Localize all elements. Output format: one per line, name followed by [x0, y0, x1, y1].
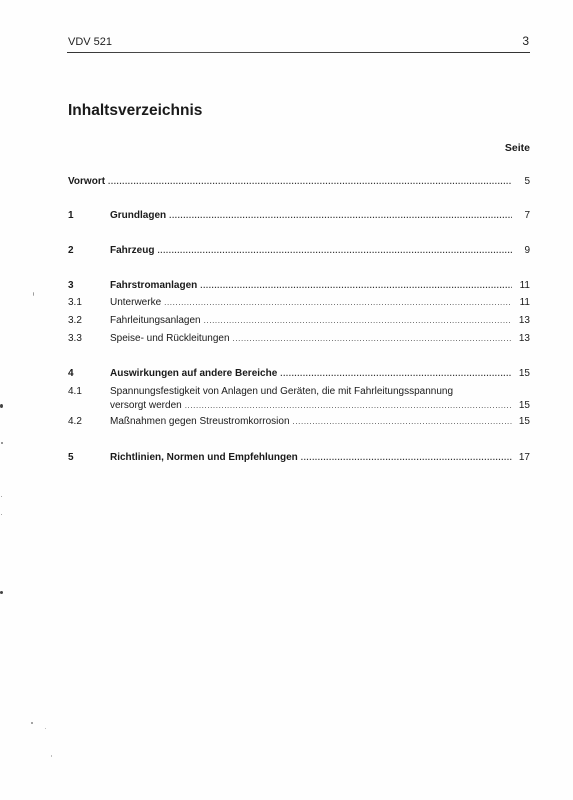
toc-entry-number: 4 — [68, 367, 74, 381]
toc-entry-4[interactable]: 4 Auswirkungen auf andere Bereiche .....… — [68, 367, 530, 381]
toc-entry-page: 17 — [512, 451, 530, 465]
scan-artifact — [51, 755, 52, 757]
scan-artifact — [1, 496, 2, 497]
dot-leader: ........................................… — [185, 399, 512, 413]
toc-entry-page: 15 — [512, 367, 530, 381]
page-title: Inhaltsverzeichnis — [68, 102, 202, 120]
toc-entry-title: Auswirkungen auf andere Bereiche — [110, 367, 280, 381]
toc-entry-3-1[interactable]: 3.1 Unterwerke .........................… — [68, 296, 530, 310]
scan-artifact — [1, 514, 2, 515]
toc-entry-page: 5 — [512, 175, 530, 189]
toc-entry-page: 7 — [512, 209, 530, 223]
scan-artifact — [1, 442, 3, 444]
scan-artifact — [0, 591, 3, 594]
toc-entry-page: 15 — [512, 415, 530, 429]
toc-entry-5[interactable]: 5 Richtlinien, Normen und Empfehlungen .… — [68, 451, 530, 465]
toc-entry-number: 3 — [68, 279, 74, 293]
dot-leader: ........................................… — [108, 175, 512, 189]
dot-leader: ........................................… — [157, 244, 512, 258]
toc-entry-number: 4.2 — [68, 415, 82, 429]
toc-entry-2[interactable]: 2 Fahrzeug .............................… — [68, 244, 530, 258]
header-rule — [67, 52, 530, 53]
toc-entry-4-2[interactable]: 4.2 Maßnahmen gegen Streustromkorrosion … — [68, 415, 530, 429]
toc-entry-title: Vorwort — [68, 175, 108, 189]
toc-entry-4-1[interactable]: 4.1 Spannungsfestigkeit von Anlagen und … — [68, 385, 530, 413]
dot-leader: ........................................… — [200, 279, 512, 293]
toc-entry-3-3[interactable]: 3.3 Speise- und Rückleitungen ..........… — [68, 332, 530, 346]
dot-leader: ........................................… — [233, 332, 512, 346]
toc-entry-number: 3.2 — [68, 314, 82, 328]
toc-entry-title: Fahrzeug — [110, 244, 157, 258]
toc-entry-page: 11 — [512, 279, 530, 293]
dot-leader: ........................................… — [164, 296, 512, 310]
header-page-number: 3 — [522, 34, 529, 48]
dot-leader: ........................................… — [280, 367, 512, 381]
toc-entry-title: Maßnahmen gegen Streustromkorrosion — [110, 415, 293, 429]
toc-entry-3-2[interactable]: 3.2 Fahrleitungsanlagen ................… — [68, 314, 530, 328]
scan-artifact — [33, 292, 34, 296]
toc-entry-number: 3.1 — [68, 296, 82, 310]
toc-entry-number: 2 — [68, 244, 74, 258]
toc-entry-3[interactable]: 3 Fahrstromanlagen .....................… — [68, 279, 530, 293]
toc-entry-title: Richtlinien, Normen und Empfehlungen — [110, 451, 301, 465]
toc-entry-title: Grundlagen — [110, 209, 169, 223]
toc-entry-page: 9 — [512, 244, 530, 258]
toc-entry-vorwort[interactable]: Vorwort ................................… — [68, 175, 530, 189]
dot-leader: ........................................… — [301, 451, 512, 465]
document-page: VDV 521 3 Inhaltsverzeichnis Seite Vorwo… — [0, 0, 573, 800]
toc-entry-title: versorgt werden — [110, 399, 185, 413]
toc-entry-1[interactable]: 1 Grundlagen ...........................… — [68, 209, 530, 223]
toc-entry-page: 13 — [512, 332, 530, 346]
toc-entry-title: Unterwerke — [110, 296, 164, 310]
toc-entry-number: 1 — [68, 209, 74, 223]
toc-entry-page: 13 — [512, 314, 530, 328]
toc-entry-number: 4.1 — [68, 385, 82, 399]
dot-leader: ........................................… — [204, 314, 512, 328]
toc-entry-page: 11 — [512, 296, 530, 310]
scan-artifact — [31, 722, 33, 724]
toc-entry-page: 15 — [512, 399, 530, 413]
header-document-id: VDV 521 — [68, 36, 112, 48]
page-column-label: Seite — [505, 142, 530, 154]
toc-entry-title: Fahrstromanlagen — [110, 279, 200, 293]
toc-entry-title: Speise- und Rückleitungen — [110, 332, 233, 346]
dot-leader: ........................................… — [169, 209, 512, 223]
dot-leader: ........................................… — [293, 415, 512, 429]
scan-artifact — [45, 728, 46, 729]
toc-entry-title-line1: Spannungsfestigkeit von Anlagen und Gerä… — [110, 385, 453, 399]
toc-entry-title: Fahrleitungsanlagen — [110, 314, 204, 328]
toc-entry-number: 3.3 — [68, 332, 82, 346]
scan-artifact — [0, 404, 3, 408]
toc-entry-number: 5 — [68, 451, 74, 465]
